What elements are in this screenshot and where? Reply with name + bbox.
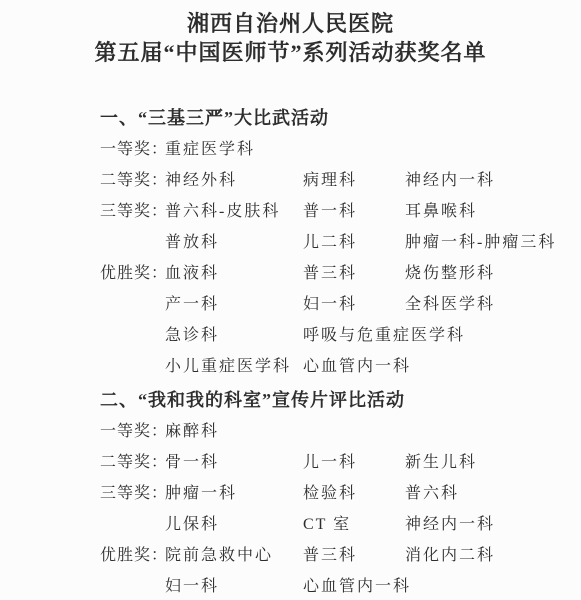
department-name: 普六科 (405, 478, 581, 509)
award-row: 产一科 妇一科 全科医学科 (100, 289, 581, 320)
department-name: 普三科 (303, 540, 405, 571)
award-row: 儿保科 CT 室 神经内一科 (100, 509, 581, 540)
department-name: 普六科-皮肤科 (165, 196, 303, 227)
department-name: 骨一科 (165, 447, 303, 478)
department-name: 重症医学科 (165, 134, 303, 165)
title-line-2: 第五届“中国医师节”系列活动获奖名单 (0, 38, 581, 67)
department-name: 普一科 (303, 196, 405, 227)
department-name (405, 416, 581, 447)
title-line-1: 湘西自治州人民医院 (0, 9, 581, 38)
department-name: 全科医学科 (405, 289, 581, 320)
award-row: 二等奖： 神经外科 病理科 神经内一科 (100, 165, 581, 196)
department-name: 儿一科 (303, 447, 405, 478)
department-name: 神经内一科 (405, 165, 581, 196)
award-row: 一等奖： 重症医学科 (100, 134, 581, 165)
department-name: 神经内一科 (405, 509, 581, 540)
department-name: 院前急救中心 (165, 540, 303, 571)
award-row: 三等奖： 普六科-皮肤科 普一科 耳鼻喉科 (100, 196, 581, 227)
department-name: 妇一科 (165, 571, 303, 600)
department-name: 普放科 (165, 227, 303, 258)
department-name (405, 351, 581, 382)
department-name: 小儿重症医学科 (165, 351, 303, 382)
department-name (405, 320, 581, 351)
department-name: 血液科 (165, 258, 303, 289)
department-name (405, 134, 581, 165)
award-row: 优胜奖： 院前急救中心 普三科 消化内二科 (100, 540, 581, 571)
department-name: 肿瘤一科 (165, 478, 303, 509)
department-name: 儿保科 (165, 509, 303, 540)
section-1-heading: 一、“三基三严”大比武活动 (100, 103, 581, 134)
section-2-heading: 二、“我和我的科室”宣传片评比活动 (100, 385, 581, 416)
award-rank-label (100, 289, 165, 320)
department-name: 烧伤整形科 (405, 258, 581, 289)
department-name (303, 134, 405, 165)
department-name: 肿瘤一科-肿瘤三科 (405, 227, 581, 258)
department-name: 妇一科 (303, 289, 405, 320)
document-body: 一、“三基三严”大比武活动 一等奖： 重症医学科 二等奖： 神经外科 病理科 神… (0, 103, 581, 600)
document-title: 湘西自治州人民医院 第五届“中国医师节”系列活动获奖名单 (0, 0, 581, 67)
award-row: 急诊科 呼吸与危重症医学科 (100, 320, 581, 351)
department-name: 产一科 (165, 289, 303, 320)
department-name: 呼吸与危重症医学科 (303, 320, 405, 351)
award-rank-label: 二等奖： (100, 165, 165, 196)
department-name: 心血管内一科 (303, 351, 405, 382)
department-name: 普三科 (303, 258, 405, 289)
department-name: 神经外科 (165, 165, 303, 196)
award-row: 三等奖： 肿瘤一科 检验科 普六科 (100, 478, 581, 509)
award-rank-label: 优胜奖： (100, 258, 165, 289)
award-row: 小儿重症医学科 心血管内一科 (100, 351, 581, 382)
department-name: 耳鼻喉科 (405, 196, 581, 227)
department-name: 麻醉科 (165, 416, 303, 447)
award-rank-label (100, 509, 165, 540)
award-rank-label: 二等奖： (100, 447, 165, 478)
award-row: 优胜奖： 血液科 普三科 烧伤整形科 (100, 258, 581, 289)
award-rank-label: 三等奖： (100, 196, 165, 227)
award-row: 二等奖： 骨一科 儿一科 新生儿科 (100, 447, 581, 478)
department-name: 急诊科 (165, 320, 303, 351)
department-name: 新生儿科 (405, 447, 581, 478)
award-rank-label (100, 351, 165, 382)
award-rank-label: 一等奖： (100, 416, 165, 447)
document-page: 湘西自治州人民医院 第五届“中国医师节”系列活动获奖名单 一、“三基三严”大比武… (0, 0, 581, 600)
section-competition: 一、“三基三严”大比武活动 一等奖： 重症医学科 二等奖： 神经外科 病理科 神… (100, 103, 581, 382)
department-name: 检验科 (303, 478, 405, 509)
department-name (405, 571, 581, 600)
department-name: 消化内二科 (405, 540, 581, 571)
award-rank-label: 优胜奖： (100, 540, 165, 571)
award-rank-label (100, 227, 165, 258)
section-video-contest: 二、“我和我的科室”宣传片评比活动 一等奖： 麻醉科 二等奖： 骨一科 儿一科 … (100, 385, 581, 600)
department-name: 病理科 (303, 165, 405, 196)
award-rank-label (100, 320, 165, 351)
award-row: 普放科 儿二科 肿瘤一科-肿瘤三科 (100, 227, 581, 258)
department-name: 心血管内一科 (303, 571, 405, 600)
department-name: 儿二科 (303, 227, 405, 258)
department-name: CT 室 (303, 509, 405, 540)
award-rank-label: 一等奖： (100, 134, 165, 165)
award-row: 一等奖： 麻醉科 (100, 416, 581, 447)
award-rank-label: 三等奖： (100, 478, 165, 509)
award-rank-label (100, 571, 165, 600)
department-name (303, 416, 405, 447)
award-row: 妇一科 心血管内一科 (100, 571, 581, 600)
